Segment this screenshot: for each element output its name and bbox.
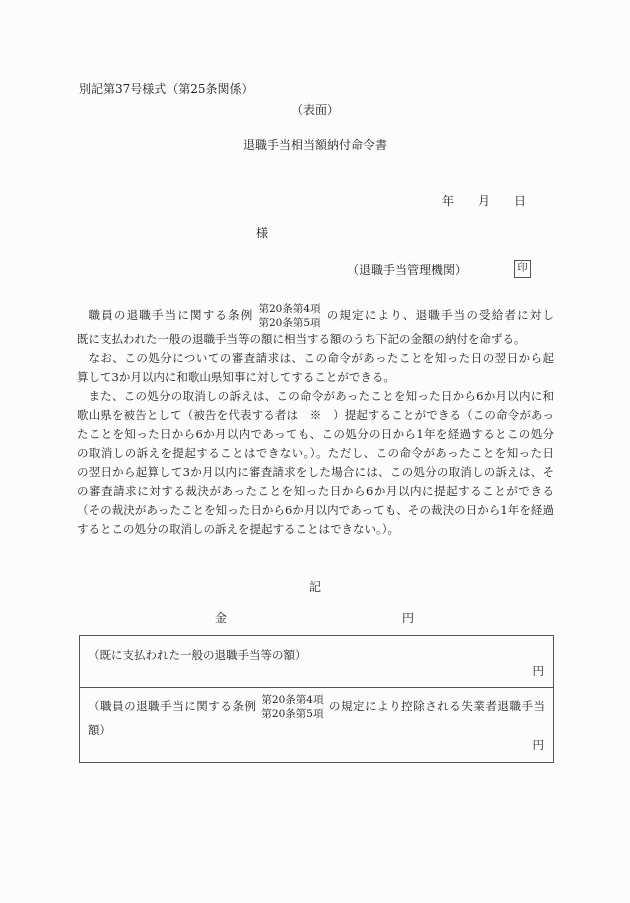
ordinance-clause-top: 第20条第4項 <box>259 302 321 316</box>
row2-label-post: の規定により控除される失業者退職手当 <box>328 699 545 713</box>
document-title: 退職手当相当額納付命令書 <box>0 136 630 153</box>
paragraph2-line1: なお、この処分についての審査請求は、この命令があったことを知った日の翌日から起 <box>77 349 554 368</box>
ordinance-clause-bottom: 第20条第5項 <box>259 316 321 330</box>
seal-character: 印 <box>518 263 528 274</box>
amount-unit: 円 <box>402 609 414 626</box>
table-row-deducted-amount: （職員の退職手当に関する条例第20条第4項第20条第5項の規定により控除される失… <box>80 688 553 761</box>
issuer-label: （退職手当管理機関） <box>347 261 467 278</box>
row1-label: （既に支払われた一般の退職手当等の額） <box>80 636 553 665</box>
paragraph3-line3: たことを知った日から6か月以内であっても、この処分の日から1年を経過するとこの処… <box>77 425 554 444</box>
ordinance-clause-stack: 第20条第4項第20条第5項 <box>259 302 321 330</box>
form-number: 別記第37号様式（第25条関係） <box>79 80 254 97</box>
paragraph3-line7: （その裁決があったことを知った日から6か月以内であっても、その裁決の日から1年を… <box>77 501 554 520</box>
paragraph3-line8: するとこの処分の取消しの訴えを提起することはできない。）。 <box>77 520 554 539</box>
row2-yen-unit: 円 <box>533 736 545 755</box>
seal-mark: 印 <box>514 260 531 278</box>
paragraph3-line6: の審査請求に対する裁決があったことを知った日から6か月以内に提起することができる <box>77 482 554 501</box>
paragraph3-line4: の取消しの訴えを提起することはできない。）。ただし、この命令があったことを知った… <box>77 444 554 463</box>
row2-label-line1: （職員の退職手当に関する条例第20条第4項第20条第5項の規定により控除される失… <box>88 693 545 721</box>
row2-label-line2: 額） <box>88 721 545 740</box>
record-heading: 記 <box>0 578 630 595</box>
row2-label: （職員の退職手当に関する条例第20条第4項第20条第5項の規定により控除される失… <box>80 688 553 740</box>
paragraph2-line2: 算して3か月以内に和歌山県知事に対してすることができる。 <box>77 368 554 387</box>
paragraph1-post: の規定により、退職手当の受給者に対し <box>326 308 554 322</box>
ordinance-clause-stack: 第20条第4項第20条第5項 <box>261 693 323 721</box>
row2-label-pre: （職員の退職手当に関する条例 <box>88 699 256 713</box>
paragraph1-pre: 職員の退職手当に関する条例 <box>89 308 254 322</box>
row1-yen-unit: 円 <box>533 662 545 681</box>
ordinance-clause-top: 第20条第4項 <box>261 693 323 707</box>
ordinance-clause-bottom: 第20条第5項 <box>261 707 323 721</box>
paragraph1-line1: 職員の退職手当に関する条例第20条第4項第20条第5項の規定により、退職手当の受… <box>77 302 554 330</box>
document-page: 別記第37号様式（第25条関係） （表面） 退職手当相当額納付命令書 年 月 日… <box>0 0 630 903</box>
amount-table: （既に支払われた一般の退職手当等の額） 円 （職員の退職手当に関する条例第20条… <box>79 635 554 763</box>
body-text: 職員の退職手当に関する条例第20条第4項第20条第5項の規定により、退職手当の受… <box>77 302 554 539</box>
paragraph3-line1: また、この処分の取消しの訴えは、この命令があったことを知った日から6か月以内に和 <box>77 387 554 406</box>
table-row-paid-amount: （既に支払われた一般の退職手当等の額） 円 <box>80 636 553 688</box>
paragraph1-line2: 既に支払われた一般の退職手当等の額に相当する額のうち下記の金額の納付を命ずる。 <box>77 330 554 349</box>
addressee-honorific: 様 <box>256 224 268 241</box>
amount-prefix: 金 <box>215 609 227 626</box>
paragraph3-line2: 歌山県を被告として（被告を代表する者は ※ ）提起することができる（この命令があ… <box>77 406 554 425</box>
date-blank: 年 月 日 <box>442 192 526 209</box>
side-label: （表面） <box>0 101 630 118</box>
paragraph3-line5: の翌日から起算して3か月以内に審査請求をした場合には、この処分の取消しの訴えは、… <box>77 463 554 482</box>
